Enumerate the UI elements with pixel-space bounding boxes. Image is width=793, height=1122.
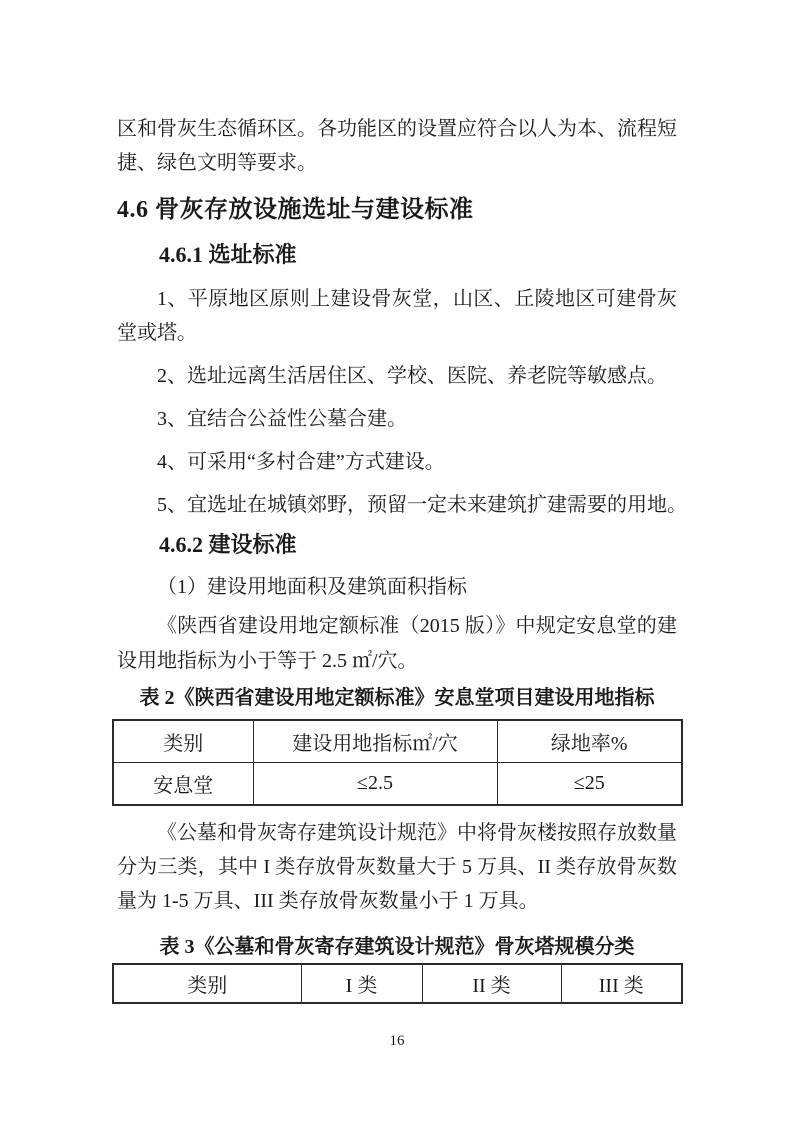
table3-caption: 表 3《公墓和骨灰寄存建筑设计规范》骨灰塔规模分类 <box>117 932 677 962</box>
siting-item-2: 2、选址远离生活居住区、学校、医院、养老院等敏感点。 <box>117 359 677 393</box>
table2-cell-green-rate: ≤25 <box>497 763 682 806</box>
siting-item-5: 5、宜选址在城镇郊野，预留一定未来建筑扩建需要的用地。 <box>117 488 701 522</box>
siting-item-4: 4、可采用“多村合建”方式建设。 <box>117 445 677 479</box>
siting-item-1: 1、平原地区原则上建设骨灰堂，山区、丘陵地区可建骨灰堂或塔。 <box>117 282 677 350</box>
text-column: 区和骨灰生态循环区。各功能区的设置应符合以人为本、流程短捷、绿色文明等要求。 4… <box>0 0 793 1050</box>
table3-header-class-1: I 类 <box>301 964 422 1003</box>
table-header-row: 类别 建设用地指标㎡/穴 绿地率% <box>113 720 682 763</box>
land-standard-paragraph: 《陕西省建设用地定额标准（2015 版）》中规定安息堂的建设用地指标为小于等于 … <box>117 609 677 679</box>
table-land-use-indicators: 类别 建设用地指标㎡/穴 绿地率% 安息堂 ≤2.5 ≤25 <box>112 719 683 806</box>
table3-header-class-3: III 类 <box>561 964 682 1003</box>
page-number: 16 <box>117 1032 677 1050</box>
subsection-heading-4-6-2: 4.6.2 建设标准 <box>117 528 677 562</box>
table-columbarium-scale-classes: 类别 I 类 II 类 III 类 <box>112 963 683 1004</box>
design-spec-paragraph: 《公墓和骨灰寄存建筑设计规范》中将骨灰楼按照存放数量分为三类，其中 I 类存放骨… <box>117 816 677 918</box>
point-1-heading: （1）建设用地面积及建筑面积指标 <box>117 570 677 604</box>
table2-cell-land-indicator: ≤2.5 <box>253 763 497 806</box>
table2-header-green-rate: 绿地率% <box>497 720 682 763</box>
table3-header-class-2: II 类 <box>422 964 561 1003</box>
table3-header-category: 类别 <box>113 964 301 1003</box>
table2-header-category: 类别 <box>113 720 253 763</box>
table2-header-land-indicator: 建设用地指标㎡/穴 <box>253 720 497 763</box>
document-page: 区和骨灰生态循环区。各功能区的设置应符合以人为本、流程短捷、绿色文明等要求。 4… <box>0 0 793 1122</box>
table-row: 安息堂 ≤2.5 ≤25 <box>113 763 682 806</box>
table-header-row: 类别 I 类 II 类 III 类 <box>113 964 682 1003</box>
subsection-heading-4-6-1: 4.6.1 选址标准 <box>117 238 677 272</box>
siting-item-3: 3、宜结合公益性公墓合建。 <box>117 402 677 436</box>
intro-paragraph: 区和骨灰生态循环区。各功能区的设置应符合以人为本、流程短捷、绿色文明等要求。 <box>117 112 677 180</box>
section-heading-4-6: 4.6 骨灰存放设施选址与建设标准 <box>117 192 677 228</box>
table2-cell-category: 安息堂 <box>113 763 253 806</box>
table2-caption: 表 2《陕西省建设用地定额标准》安息堂项目建设用地指标 <box>117 683 677 713</box>
